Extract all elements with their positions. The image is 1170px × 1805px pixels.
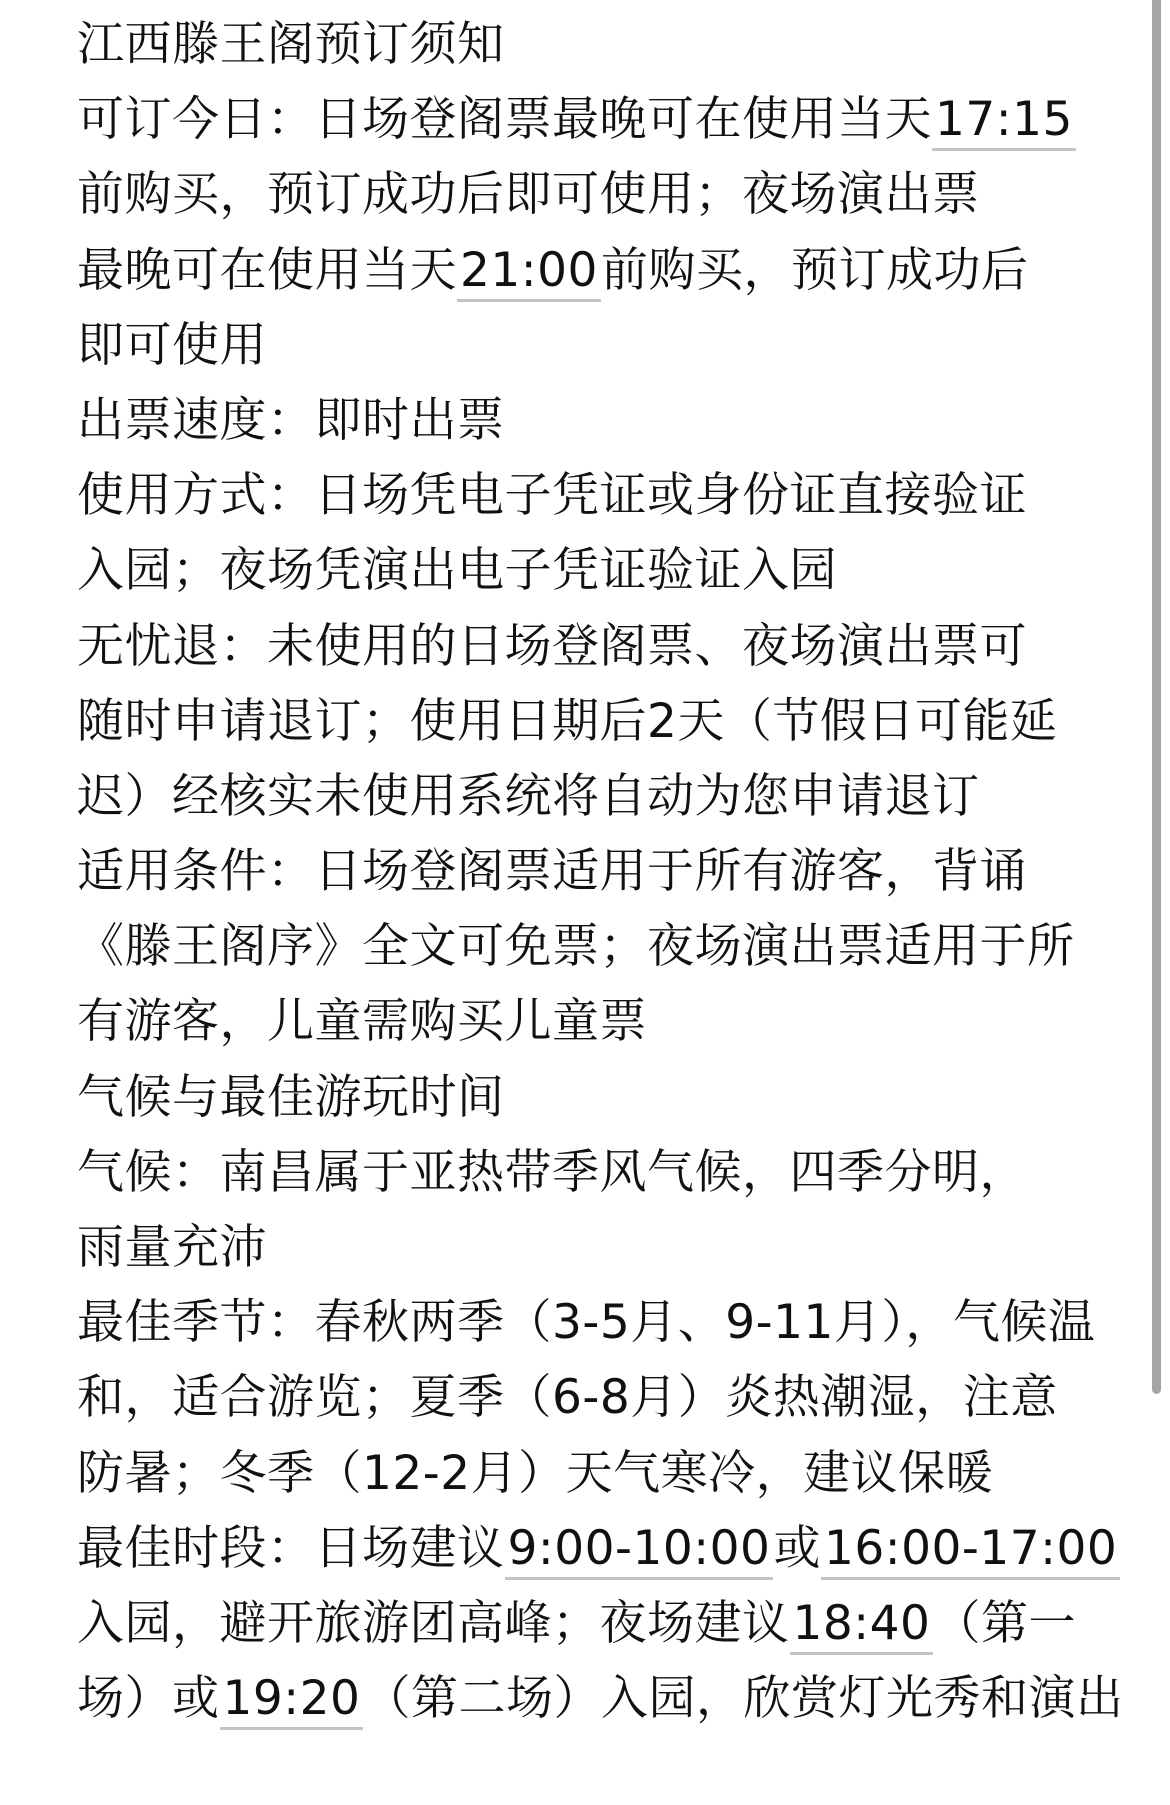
heading-text: 气候与最佳游玩时间 xyxy=(77,1070,505,1125)
text-line: 防暑；冬季（12-2月）天气寒冷，建议保暖 xyxy=(77,1441,1137,1516)
text-line: 随时申请退订；使用日期后2天（节假日可能延 xyxy=(77,689,1137,764)
time-link-16-00-17-00[interactable]: 16:00-17:00 xyxy=(821,1521,1120,1580)
text-line: 使用方式：日场凭电子凭证或身份证直接验证 xyxy=(77,463,1137,538)
text-line: 气候：南昌属于亚热带季风气候，四季分明， xyxy=(77,1140,1137,1215)
line-text: （第一 xyxy=(933,1596,1076,1651)
time-link-19-20[interactable]: 19:20 xyxy=(220,1671,364,1730)
time-link-21-00[interactable]: 21:00 xyxy=(457,243,601,302)
text-line: 入园，避开旅游团高峰；夜场建议18:40（第一 xyxy=(77,1591,1137,1666)
line-text: 前购买，预订成功后即可使用；夜场演出票 xyxy=(77,167,980,222)
time-link-9-00-10-00[interactable]: 9:00-10:00 xyxy=(505,1521,774,1580)
line-text: 使用方式：日场凭电子凭证或身份证直接验证 xyxy=(77,468,1027,523)
text-line: 最佳时段：日场建议9:00-10:00或16:00-17:00 xyxy=(77,1516,1137,1591)
line-text: 场）或 xyxy=(77,1671,220,1726)
line-text: 无忧退：未使用的日场登阁票、夜场演出票可 xyxy=(77,619,1027,674)
text-line: 前购买，预订成功后即可使用；夜场演出票 xyxy=(77,162,1137,237)
line-text: 《滕王阁序》全文可免票；夜场演出票适用于所 xyxy=(77,919,1075,974)
text-line: 出票速度：即时出票 xyxy=(77,388,1137,463)
text-line: 场）或19:20（第二场）入园，欣赏灯光秀和演出 xyxy=(77,1666,1137,1741)
line-text: 雨量充沛 xyxy=(77,1220,267,1275)
line-text: 入园，避开旅游团高峰；夜场建议 xyxy=(77,1596,790,1651)
text-line: 和，适合游览；夏季（6-8月）炎热潮湿，注意 xyxy=(77,1365,1137,1440)
line-text: 最晚可在使用当天 xyxy=(77,243,457,298)
section-heading: 气候与最佳游玩时间 xyxy=(77,1065,1137,1140)
text-line: 有游客，儿童需购买儿童票 xyxy=(77,989,1137,1064)
line-text: 最佳时段：日场建议 xyxy=(77,1521,505,1576)
time-link-18-40[interactable]: 18:40 xyxy=(790,1596,934,1655)
text-line: 即可使用 xyxy=(77,313,1137,388)
line-text: 和，适合游览；夏季（6-8月）炎热潮湿，注意 xyxy=(77,1370,1058,1425)
line-text: 前购买，预订成功后 xyxy=(601,243,1029,298)
line-text: 最佳季节：春秋两季（3-5月、9-11月），气候温 xyxy=(77,1295,1095,1350)
line-text: 随时申请退订；使用日期后2天（节假日可能延 xyxy=(77,694,1057,749)
time-link-17-15[interactable]: 17:15 xyxy=(932,92,1076,151)
scrollbar-thumb[interactable] xyxy=(1152,0,1161,1394)
document-title: 江西滕王阁预订须知 xyxy=(77,12,1137,87)
line-text: 可订今日：日场登阁票最晚可在使用当天 xyxy=(77,92,932,147)
line-text: 气候：南昌属于亚热带季风气候，四季分明， xyxy=(77,1145,1027,1200)
text-line: 雨量充沛 xyxy=(77,1215,1137,1290)
text-line: 最佳季节：春秋两季（3-5月、9-11月），气候温 xyxy=(77,1290,1137,1365)
line-text: 有游客，儿童需购买儿童票 xyxy=(77,994,647,1049)
text-line: 适用条件：日场登阁票适用于所有游客，背诵 xyxy=(77,839,1137,914)
line-text: （第二场）入园，欣赏灯光秀和演出 xyxy=(363,1671,1123,1726)
booking-notice-document: 江西滕王阁预订须知 可订今日：日场登阁票最晚可在使用当天17:15 前购买，预订… xyxy=(77,12,1137,1741)
title-text: 江西滕王阁预订须知 xyxy=(77,17,505,72)
line-text: 或 xyxy=(773,1521,821,1576)
text-line: 迟）经核实未使用系统将自动为您申请退订 xyxy=(77,764,1137,839)
line-text: 入园；夜场凭演出电子凭证验证入园 xyxy=(77,543,837,598)
text-line: 入园；夜场凭演出电子凭证验证入园 xyxy=(77,538,1137,613)
line-text: 防暑；冬季（12-2月）天气寒冷，建议保暖 xyxy=(77,1446,993,1501)
text-line: 最晚可在使用当天21:00前购买，预订成功后 xyxy=(77,238,1137,313)
line-text: 适用条件：日场登阁票适用于所有游客，背诵 xyxy=(77,844,1027,899)
text-line: 无忧退：未使用的日场登阁票、夜场演出票可 xyxy=(77,614,1137,689)
line-text: 迟）经核实未使用系统将自动为您申请退订 xyxy=(77,769,980,824)
text-line: 《滕王阁序》全文可免票；夜场演出票适用于所 xyxy=(77,914,1137,989)
line-text: 即可使用 xyxy=(77,318,267,373)
text-line: 可订今日：日场登阁票最晚可在使用当天17:15 xyxy=(77,87,1137,162)
line-text: 出票速度：即时出票 xyxy=(77,393,505,448)
